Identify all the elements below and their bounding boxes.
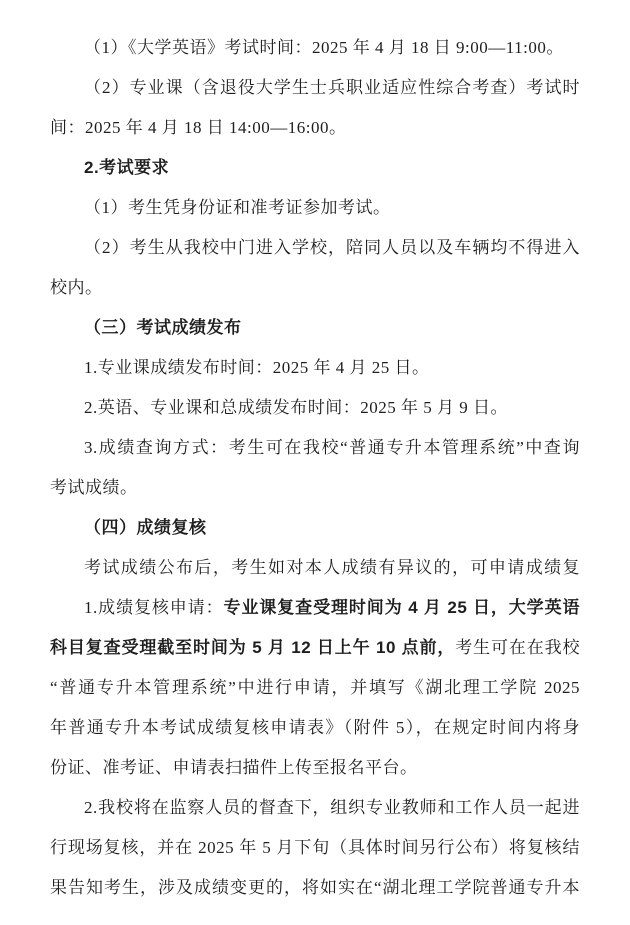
doc-line: 行现场复核，并在 2025 年 5 月下旬（具体时间另行公布）将复核结 xyxy=(50,828,580,868)
doc-line: 3.成绩查询方式：考生可在我校“普通专升本管理系统”中查询 xyxy=(50,428,580,468)
doc-line: 间：2025 年 4 月 18 日 14:00—16:00。 xyxy=(50,108,580,148)
doc-line: （2）考生从我校中门进入学校，陪同人员以及车辆均不得进入 xyxy=(50,228,580,268)
doc-line: 1.专业课成绩发布时间：2025 年 4 月 25 日。 xyxy=(50,348,580,388)
doc-line: （1）考生凭身份证和准考证参加考试。 xyxy=(50,188,580,228)
doc-line: 2.我校将在监察人员的督查下，组织专业教师和工作人员一起进 xyxy=(50,788,580,828)
heading-score-review: （四）成绩复核 xyxy=(50,508,580,548)
doc-line: 年普通专升本考试成绩复核申请表》（附件 5），在规定时间内将身 xyxy=(50,708,580,748)
doc-line: “普通专升本管理系统”中进行申请，并填写《湖北理工学院 2025 xyxy=(50,668,580,708)
doc-line: 1.成绩复核申请：专业课复查受理时间为 4 月 25 日，大学英语 xyxy=(50,588,580,628)
heading-score-release: （三）考试成绩发布 xyxy=(50,308,580,348)
doc-text-run: 考生可在在我校 xyxy=(455,638,580,657)
doc-text-run: 1.成绩复核申请： xyxy=(84,598,224,617)
doc-line: 果告知考生，涉及成绩变更的，将如实在“湖北理工学院普通专升本 xyxy=(50,868,580,908)
doc-line: 考试成绩公布后，考生如对本人成绩有异议的，可申请成绩复核。 xyxy=(50,548,580,588)
doc-line: （1）《大学英语》考试时间：2025 年 4 月 18 日 9:00—11:00… xyxy=(50,28,580,68)
heading-exam-requirements: 2.考试要求 xyxy=(50,148,580,188)
doc-line: 份证、准考证、申请表扫描件上传至报名平台。 xyxy=(50,748,580,788)
doc-text-run-bold: 科目复查受理截至时间为 5 月 12 日上午 10 点前， xyxy=(50,638,455,657)
doc-text-run-bold: 专业课复查受理时间为 4 月 25 日，大学英语 xyxy=(224,598,580,617)
doc-line: 考试成绩。 xyxy=(50,468,580,508)
doc-line: 校内。 xyxy=(50,268,580,308)
document-page: （1）《大学英语》考试时间：2025 年 4 月 18 日 9:00—11:00… xyxy=(0,0,630,925)
doc-line: 2.英语、专业课和总成绩发布时间：2025 年 5 月 9 日。 xyxy=(50,388,580,428)
doc-line: 科目复查受理截至时间为 5 月 12 日上午 10 点前，考生可在在我校 xyxy=(50,628,580,668)
doc-line: （2）专业课（含退役大学生士兵职业适应性综合考查）考试时 xyxy=(50,68,580,108)
